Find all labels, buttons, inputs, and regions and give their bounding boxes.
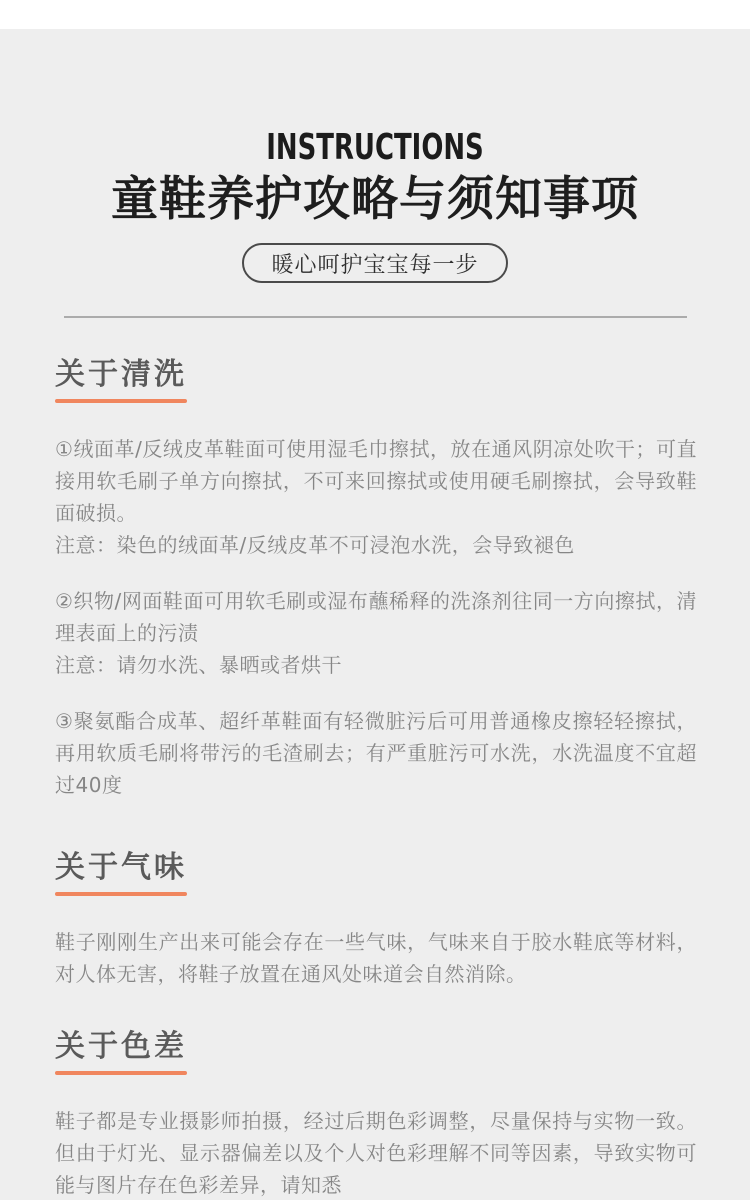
accent-underline: [55, 892, 187, 896]
header-divider: [64, 316, 687, 318]
cleaning-paragraph-3: ③聚氨酯合成革、超纤革鞋面有轻微脏污后可用普通橡皮擦轻轻擦拭，再用软质毛刷将带污…: [55, 705, 697, 801]
badge-row: 暖心呵护宝宝每一步: [55, 243, 695, 283]
accent-underline: [55, 399, 187, 403]
section-odor: 关于气味 鞋子刚刚生产出来可能会存在一些气味，气味来自于胶水鞋底等材料，对人体无…: [55, 851, 695, 990]
page-title: 童鞋养护攻略与须知事项: [55, 173, 695, 227]
section-heading-text: 关于气味: [55, 850, 187, 885]
eyebrow-heading: INSTRUCTIONS: [266, 129, 483, 167]
cleaning-paragraph-1: ①绒面革/反绒皮革鞋面可使用湿毛巾擦拭，放在通风阴凉处吹干；可直接用软毛刷子单方…: [55, 433, 697, 561]
instructions-panel: INSTRUCTIONS 童鞋养护攻略与须知事项 暖心呵护宝宝每一步 关于清洗 …: [0, 129, 750, 1200]
section-cleaning: 关于清洗 ①绒面革/反绒皮革鞋面可使用湿毛巾擦拭，放在通风阴凉处吹干；可直接用软…: [55, 358, 695, 801]
section-odor-heading: 关于气味: [55, 851, 187, 896]
odor-paragraph: 鞋子刚刚生产出来可能会存在一些气味，气味来自于胶水鞋底等材料，对人体无害，将鞋子…: [55, 926, 697, 990]
top-white-strip: [0, 0, 750, 29]
color-difference-paragraph: 鞋子都是专业摄影师拍摄，经过后期色彩调整，尽量保持与实物一致。但由于灯光、显示器…: [55, 1105, 697, 1200]
cleaning-paragraph-2: ②织物/网面鞋面可用软毛刷或湿布蘸稀释的洗涤剂往同一方向擦拭，清理表面上的污渍 …: [55, 585, 697, 681]
eyebrow-wrap: INSTRUCTIONS: [55, 129, 695, 167]
section-color-difference-heading: 关于色差: [55, 1030, 187, 1075]
section-heading-text: 关于清洗: [55, 357, 187, 392]
page-header: INSTRUCTIONS 童鞋养护攻略与须知事项 暖心呵护宝宝每一步: [55, 129, 695, 318]
section-heading-text: 关于色差: [55, 1029, 187, 1064]
accent-underline: [55, 1071, 187, 1075]
slogan-badge: 暖心呵护宝宝每一步: [242, 243, 507, 283]
section-color-difference: 关于色差 鞋子都是专业摄影师拍摄，经过后期色彩调整，尽量保持与实物一致。但由于灯…: [55, 1030, 695, 1200]
section-cleaning-heading: 关于清洗: [55, 358, 187, 403]
